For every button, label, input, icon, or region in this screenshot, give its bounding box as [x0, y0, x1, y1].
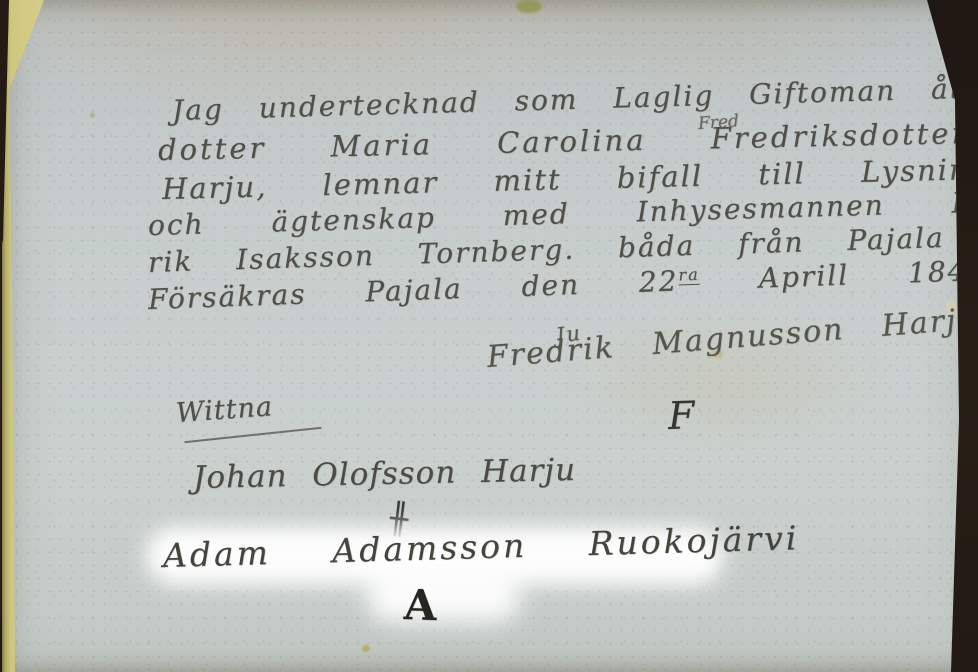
paper-freckle	[362, 645, 370, 652]
witness-name-johan: Johan Olofsson Harju	[193, 452, 577, 496]
paper-freckle	[90, 113, 95, 118]
signature-house-mark: F	[667, 393, 695, 438]
ink-stain-top	[516, 0, 542, 13]
interlinear-insertion: Fred	[697, 111, 739, 134]
signature-name: Fredrik Magnusson Harju	[486, 301, 978, 375]
date-superscript: ra	[678, 264, 700, 285]
highlight-glow-mark	[366, 568, 521, 622]
adam-house-mark: A	[403, 580, 437, 630]
witness-heading-flourish	[184, 427, 321, 443]
scan-viewport: Jag undertecknad som Laglig Giftoman åt …	[0, 0, 978, 672]
witness-heading: Wittna	[175, 391, 274, 429]
document-paper: Jag undertecknad som Laglig Giftoman åt …	[0, 0, 978, 672]
witness-name-adam-highlighted: Adam Adamsson Ruokojärvi	[162, 518, 799, 575]
